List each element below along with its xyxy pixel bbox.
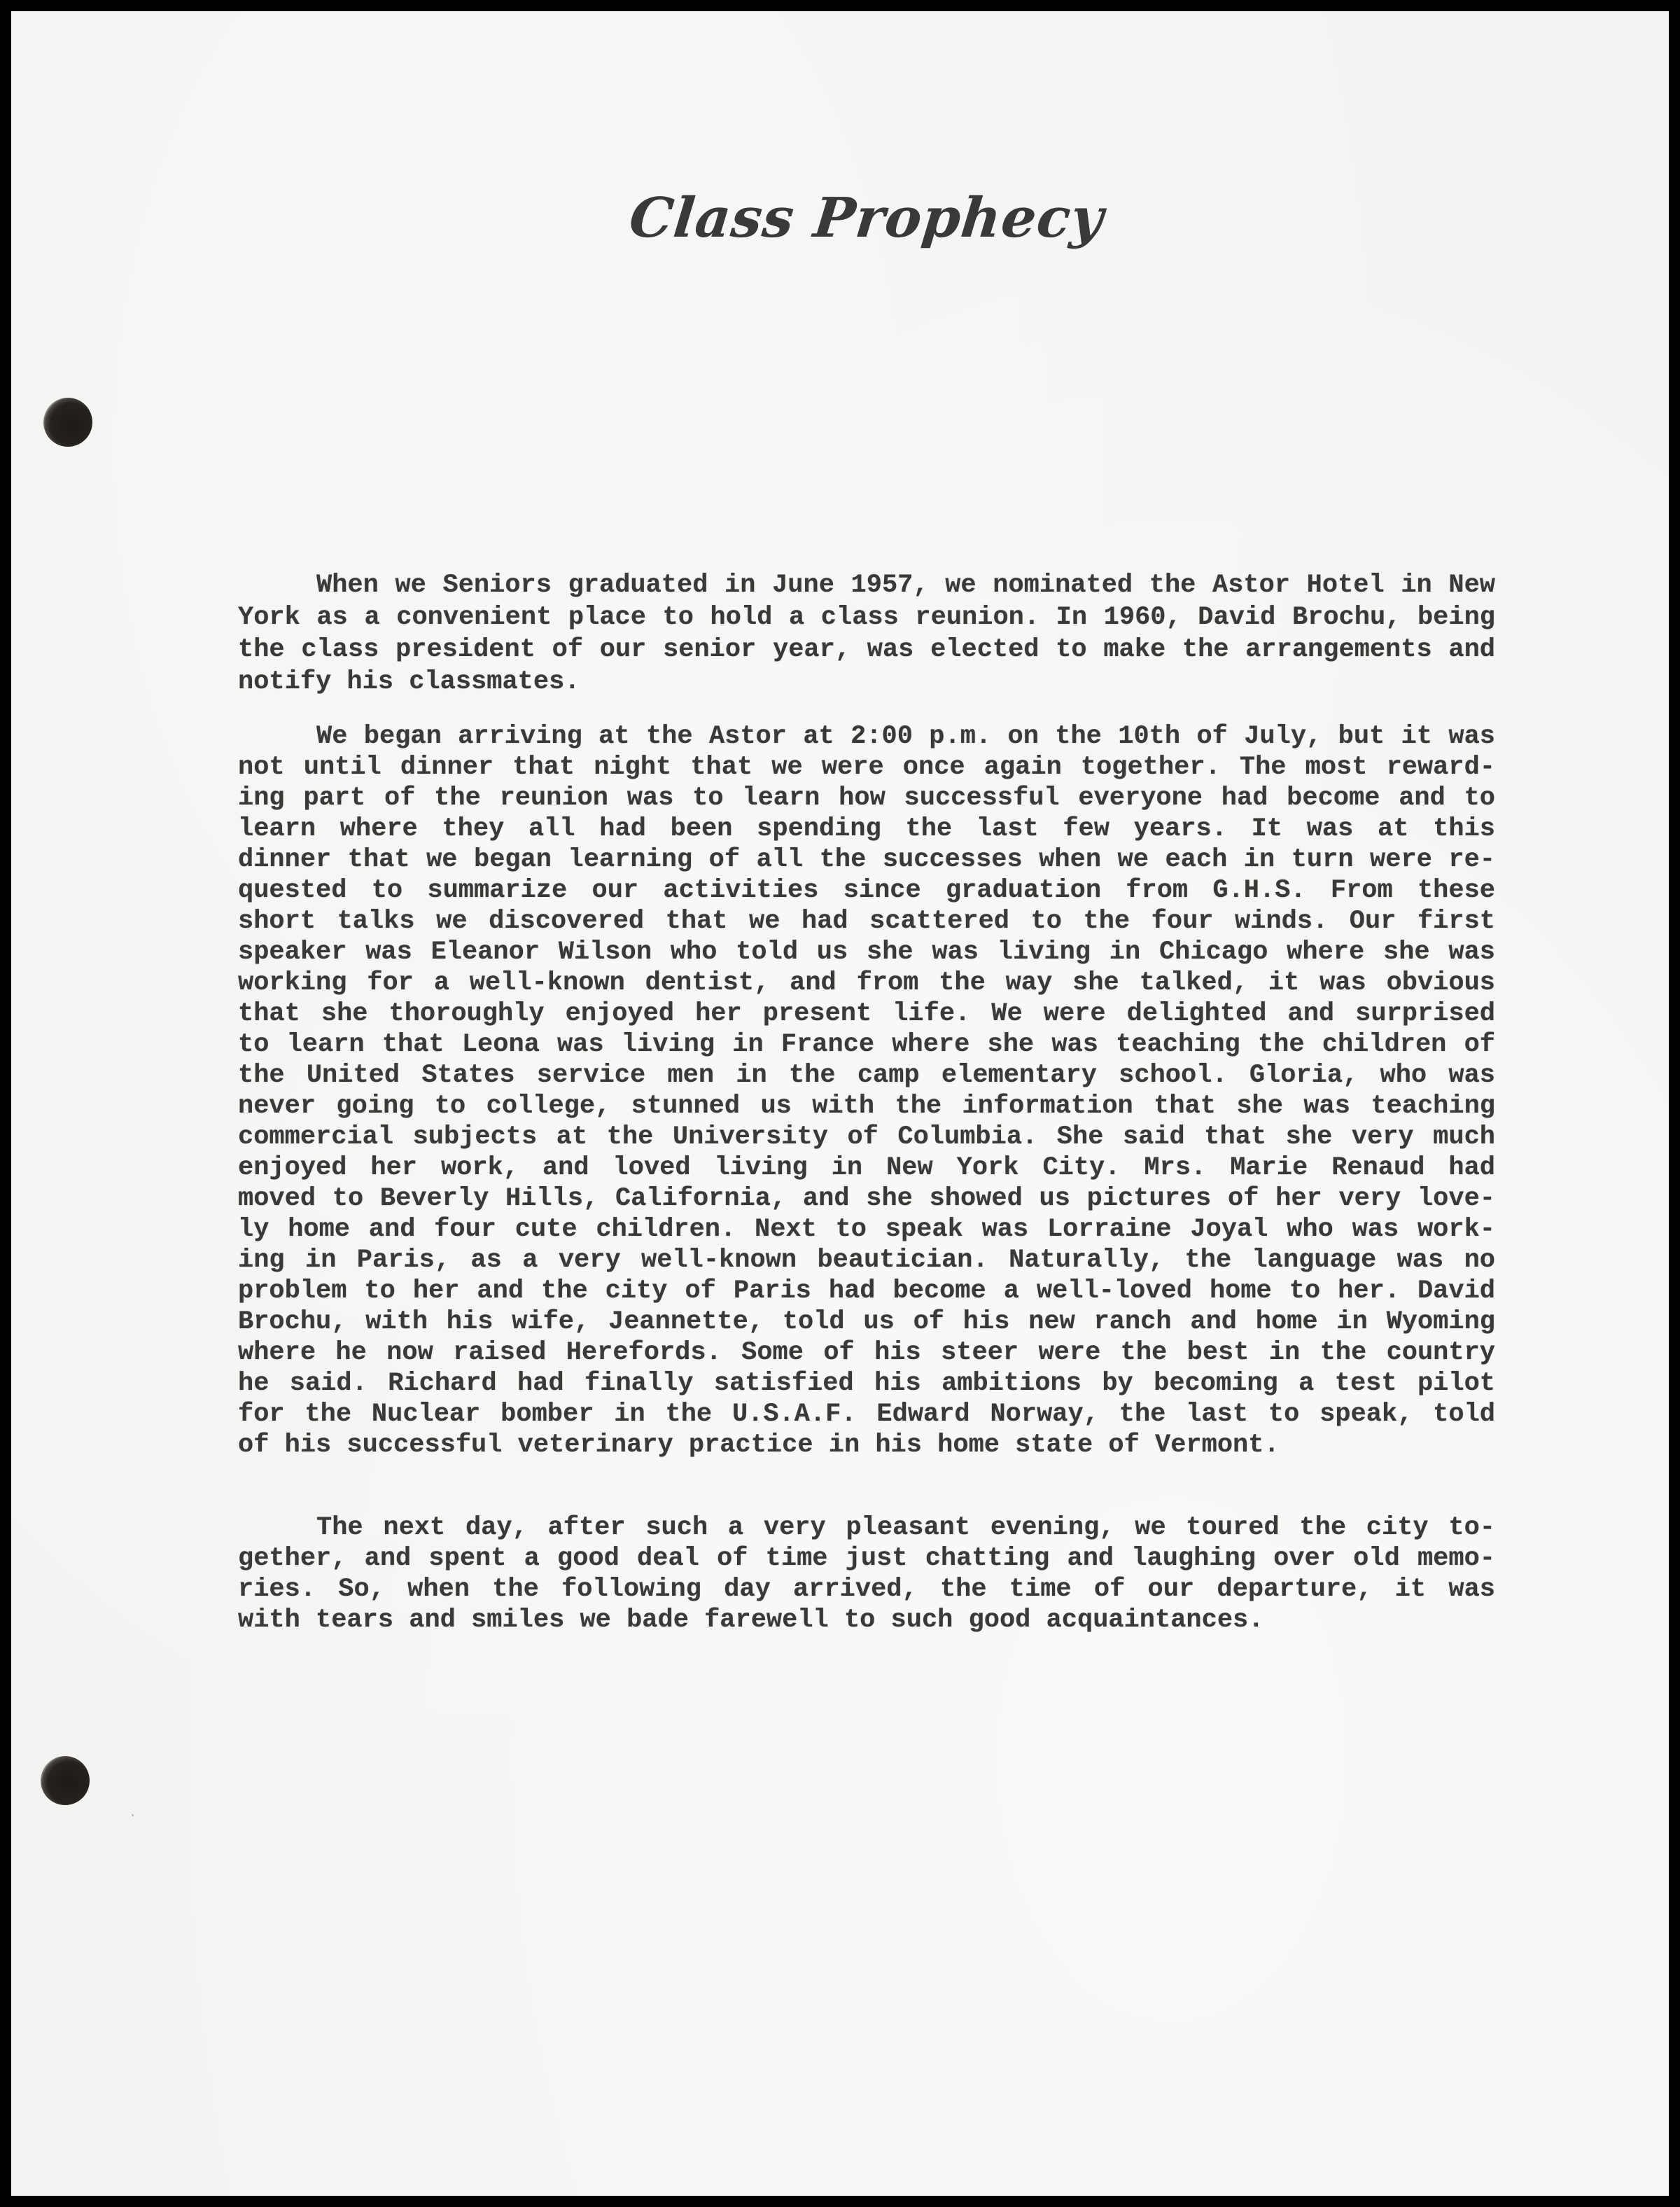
text-line: to learn that Leona was living in France… xyxy=(238,1029,1495,1060)
text-line: notify his classmates. xyxy=(238,667,1495,697)
paper-speck xyxy=(132,1814,134,1816)
text-line: problem to her and the city of Paris had… xyxy=(238,1276,1495,1307)
text-line: gether, and spent a good deal of time ju… xyxy=(238,1543,1495,1574)
text-line: the United States service men in the cam… xyxy=(238,1060,1495,1091)
text-line: commercial subjects at the University of… xyxy=(238,1122,1495,1153)
text-line: not until dinner that night that we were… xyxy=(238,752,1495,783)
text-line: When we Seniors graduated in June 1957, … xyxy=(238,570,1495,601)
text-line: never going to college, stunned us with … xyxy=(238,1091,1495,1122)
text-line: he said. Richard had finally satisfied h… xyxy=(238,1368,1495,1399)
text-line: that she thoroughly enjoyed her present … xyxy=(238,998,1495,1029)
text-line: where he now raised Herefords. Some of h… xyxy=(238,1337,1495,1368)
text-line: moved to Beverly Hills, California, and … xyxy=(238,1183,1495,1214)
text-line: speaker was Eleanor Wilson who told us s… xyxy=(238,937,1495,968)
text-line: with tears and smiles we bade farewell t… xyxy=(238,1605,1495,1636)
text-line: short talks we discovered that we had sc… xyxy=(238,906,1495,937)
text-line: ries. So, when the following day arrived… xyxy=(238,1574,1495,1605)
paragraph-1: When we Seniors graduated in June 1957, … xyxy=(238,574,1495,697)
text-line: learn where they all had been spending t… xyxy=(238,814,1495,844)
punch-hole-bottom xyxy=(41,1756,90,1805)
document-title: Class Prophecy xyxy=(34,186,1669,250)
text-line: We began arriving at the Astor at 2:00 p… xyxy=(238,721,1495,752)
text-line: the class president of our senior year, … xyxy=(238,634,1495,665)
punch-hole-top xyxy=(43,398,92,447)
text-line: York as a convenient place to hold a cla… xyxy=(238,602,1495,633)
text-line: Brochu, with his wife, Jeannette, told u… xyxy=(238,1307,1495,1337)
text-line: ly home and four cute children. Next to … xyxy=(238,1214,1495,1245)
text-line: enjoyed her work, and loved living in Ne… xyxy=(238,1153,1495,1183)
text-line: of his successful veterinary practice in… xyxy=(238,1430,1495,1461)
text-line: for the Nuclear bomber in the U.S.A.F. E… xyxy=(238,1399,1495,1430)
text-line: ing in Paris, as a very well-known beaut… xyxy=(238,1245,1495,1276)
text-line: ing part of the reunion was to learn how… xyxy=(238,783,1495,814)
text-line: The next day, after such a very pleasant… xyxy=(238,1512,1495,1543)
paragraph-2: We began arriving at the Astor at 2:00 p… xyxy=(238,721,1495,1461)
text-line: working for a well-known dentist, and fr… xyxy=(238,968,1495,998)
text-line: dinner that we began learning of all the… xyxy=(238,844,1495,875)
document-page: Class Prophecy When we Seniors graduated… xyxy=(11,11,1669,2196)
text-line: quested to summarize our activities sinc… xyxy=(238,875,1495,906)
paragraph-3: The next day, after such a very pleasant… xyxy=(238,1512,1495,1636)
